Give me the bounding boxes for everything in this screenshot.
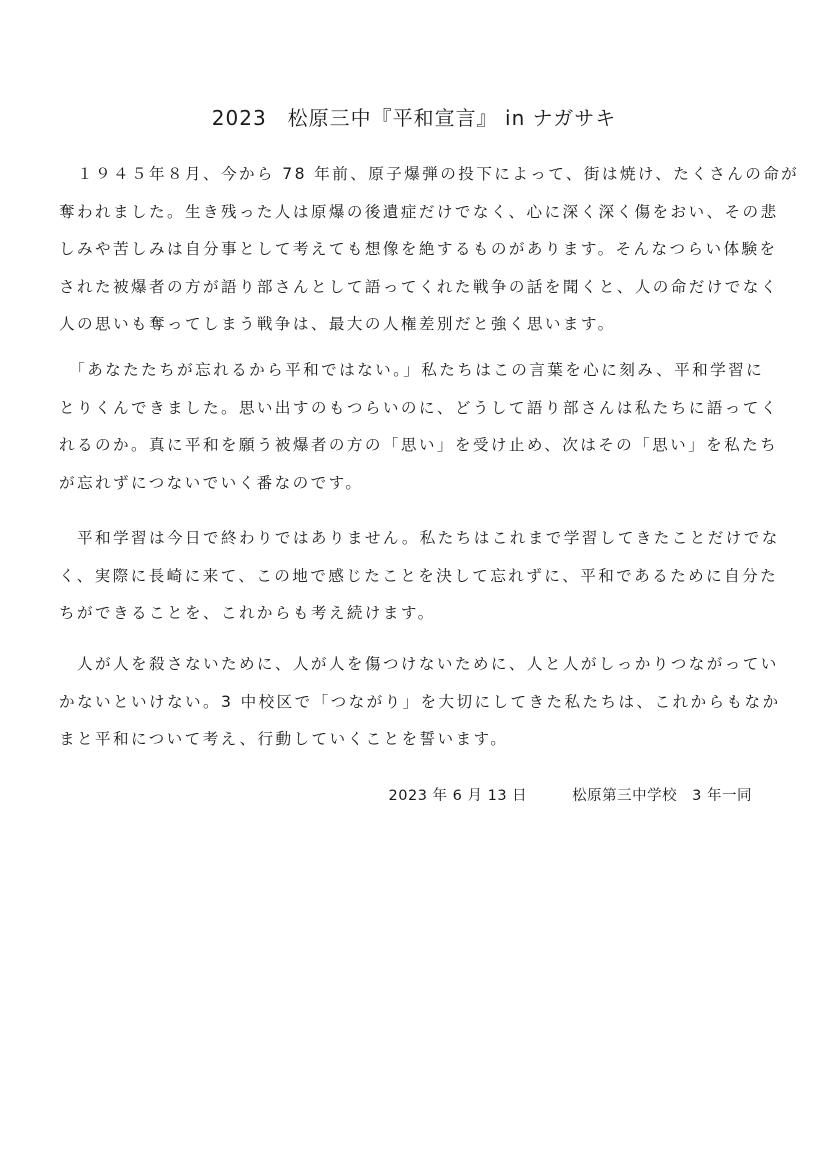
paragraph-line: れるのか。真に平和を願う被爆者の方の「思い」を受け止め、次はその「思い」を私たち (59, 427, 759, 465)
paragraph-line: ちができることを、これからも考え続けます。 (59, 595, 759, 633)
paragraph-1: １９４５年８月、今から 78 年前、原子爆弾の投下によって、街は焼け、たくさんの… (59, 156, 759, 344)
signature: 2023 年 6 月 13 日 松原第三中学校 3 年一同 (389, 784, 752, 805)
signature-author: 松原第三中学校 3 年一同 (572, 788, 752, 804)
signature-spacer (527, 788, 572, 804)
paragraph-line: が忘れずにつないでいく番なのです。 (59, 465, 759, 503)
paragraph-line: 平和学習は今日で終わりではありません。私たちはこれまで学習してきたことだけでな (59, 520, 759, 558)
paragraph-line: 奪われました。生き残った人は原爆の後遺症だけでなく、心に深く深く傷をおい、その悲 (59, 194, 759, 232)
paragraph-4: 人が人を殺さないために、人が人を傷つけないために、人と人がしっかりつながってい … (59, 646, 759, 759)
paragraph-line: しみや苦しみは自分事として考えても想像を絶するものがあります。そんなつらい体験を (59, 231, 759, 269)
document-page: 2023 松原三中『平和宣言』 in ナガサキ １９４５年８月、今から 78 年… (0, 0, 828, 1176)
paragraph-line: 人が人を殺さないために、人が人を傷つけないために、人と人がしっかりつながってい (59, 646, 759, 684)
paragraph-line: １９４５年８月、今から 78 年前、原子爆弾の投下によって、街は焼け、たくさんの… (59, 156, 759, 194)
paragraph-line: かないといけない。3 中校区で「つながり」を大切にしてきた私たちは、これからもな… (59, 684, 759, 722)
paragraph-line: 人の思いも奪ってしまう戦争は、最大の人権差別だと強く思います。 (59, 306, 759, 344)
paragraph-line: 「あなたたちが忘れるから平和ではない。」私たちはこの言葉を心に刻み、平和学習に (59, 352, 759, 390)
paragraph-line: く、実際に長崎に来て、この地で感じたことを決して忘れずに、平和であるために自分た (59, 558, 759, 596)
paragraph-3: 平和学習は今日で終わりではありません。私たちはこれまで学習してきたことだけでな … (59, 520, 759, 633)
paragraph-line: まと平和について考え、行動していくことを誓います。 (59, 721, 759, 759)
paragraph-2: 「あなたたちが忘れるから平和ではない。」私たちはこの言葉を心に刻み、平和学習に … (59, 352, 759, 502)
paragraph-line: とりくんできました。思い出すのもつらいのに、どうして語り部さんは私たちに語ってく (59, 390, 759, 428)
paragraph-line: された被爆者の方が語り部さんとして語ってくれた戦争の話を聞くと、人の命だけでなく (59, 269, 759, 307)
document-title: 2023 松原三中『平和宣言』 in ナガサキ (0, 102, 828, 131)
signature-date: 2023 年 6 月 13 日 (389, 788, 528, 804)
